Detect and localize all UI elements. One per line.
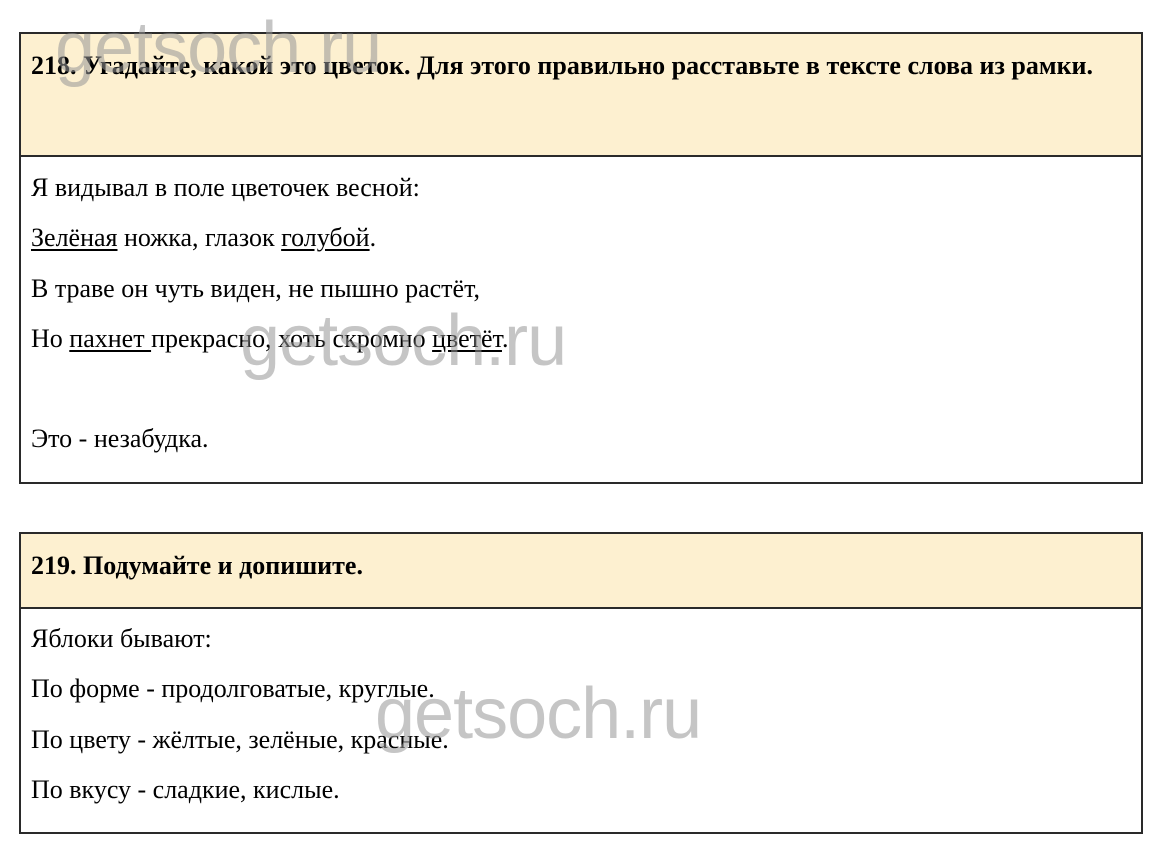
text-line bbox=[31, 364, 1131, 414]
exercise-219-body: Яблоки бывают:По форме - продолговатые, … bbox=[21, 609, 1141, 815]
text-segment: Но bbox=[31, 324, 69, 353]
text-segment: . bbox=[370, 223, 377, 252]
text-segment: Это - незабудка. bbox=[31, 424, 209, 453]
text-line: В траве он чуть виден, не пышно растёт, bbox=[31, 264, 1131, 314]
underlined-word: пахнет bbox=[69, 324, 151, 353]
text-line: Яблоки бывают: bbox=[31, 614, 1131, 664]
exercise-218-card: 218. Угадайте, какой это цветок. Для это… bbox=[19, 32, 1143, 484]
text-line: По вкусу - сладкие, кислые. bbox=[31, 765, 1131, 815]
text-line: По цвету - жёлтые, зелёные, красные. bbox=[31, 715, 1131, 765]
exercise-219-card: 219. Подумайте и допишите. Яблоки бывают… bbox=[19, 532, 1143, 834]
text-segment: По форме - продолговатые, круглые. bbox=[31, 674, 435, 703]
text-segment: По вкусу - сладкие, кислые. bbox=[31, 775, 340, 804]
text-line: По форме - продолговатые, круглые. bbox=[31, 664, 1131, 714]
text-segment: ножка, глазок bbox=[118, 223, 282, 252]
underlined-word: цветёт bbox=[432, 324, 502, 353]
text-line: Это - незабудка. bbox=[31, 414, 1131, 464]
exercise-218-body: Я видывал в поле цветочек весной:Зелёная… bbox=[21, 157, 1141, 465]
text-segment: Яблоки бывают: bbox=[31, 624, 212, 653]
underlined-word: голубой bbox=[281, 223, 369, 252]
text-segment: В траве он чуть виден, не пышно растёт, bbox=[31, 274, 480, 303]
text-line: Но пахнет прекрасно, хоть скромно цветёт… bbox=[31, 314, 1131, 364]
text-line: Я видывал в поле цветочек весной: bbox=[31, 163, 1131, 213]
text-segment: Я видывал в поле цветочек весной: bbox=[31, 173, 420, 202]
text-segment: прекрасно, хоть скромно bbox=[151, 324, 432, 353]
text-line: Зелёная ножка, глазок голубой. bbox=[31, 213, 1131, 263]
underlined-word: Зелёная bbox=[31, 223, 118, 252]
text-segment: По цвету - жёлтые, зелёные, красные. bbox=[31, 725, 449, 754]
exercise-219-header: 219. Подумайте и допишите. bbox=[21, 534, 1141, 609]
exercise-218-header: 218. Угадайте, какой это цветок. Для это… bbox=[21, 34, 1141, 157]
text-segment: . bbox=[502, 324, 509, 353]
